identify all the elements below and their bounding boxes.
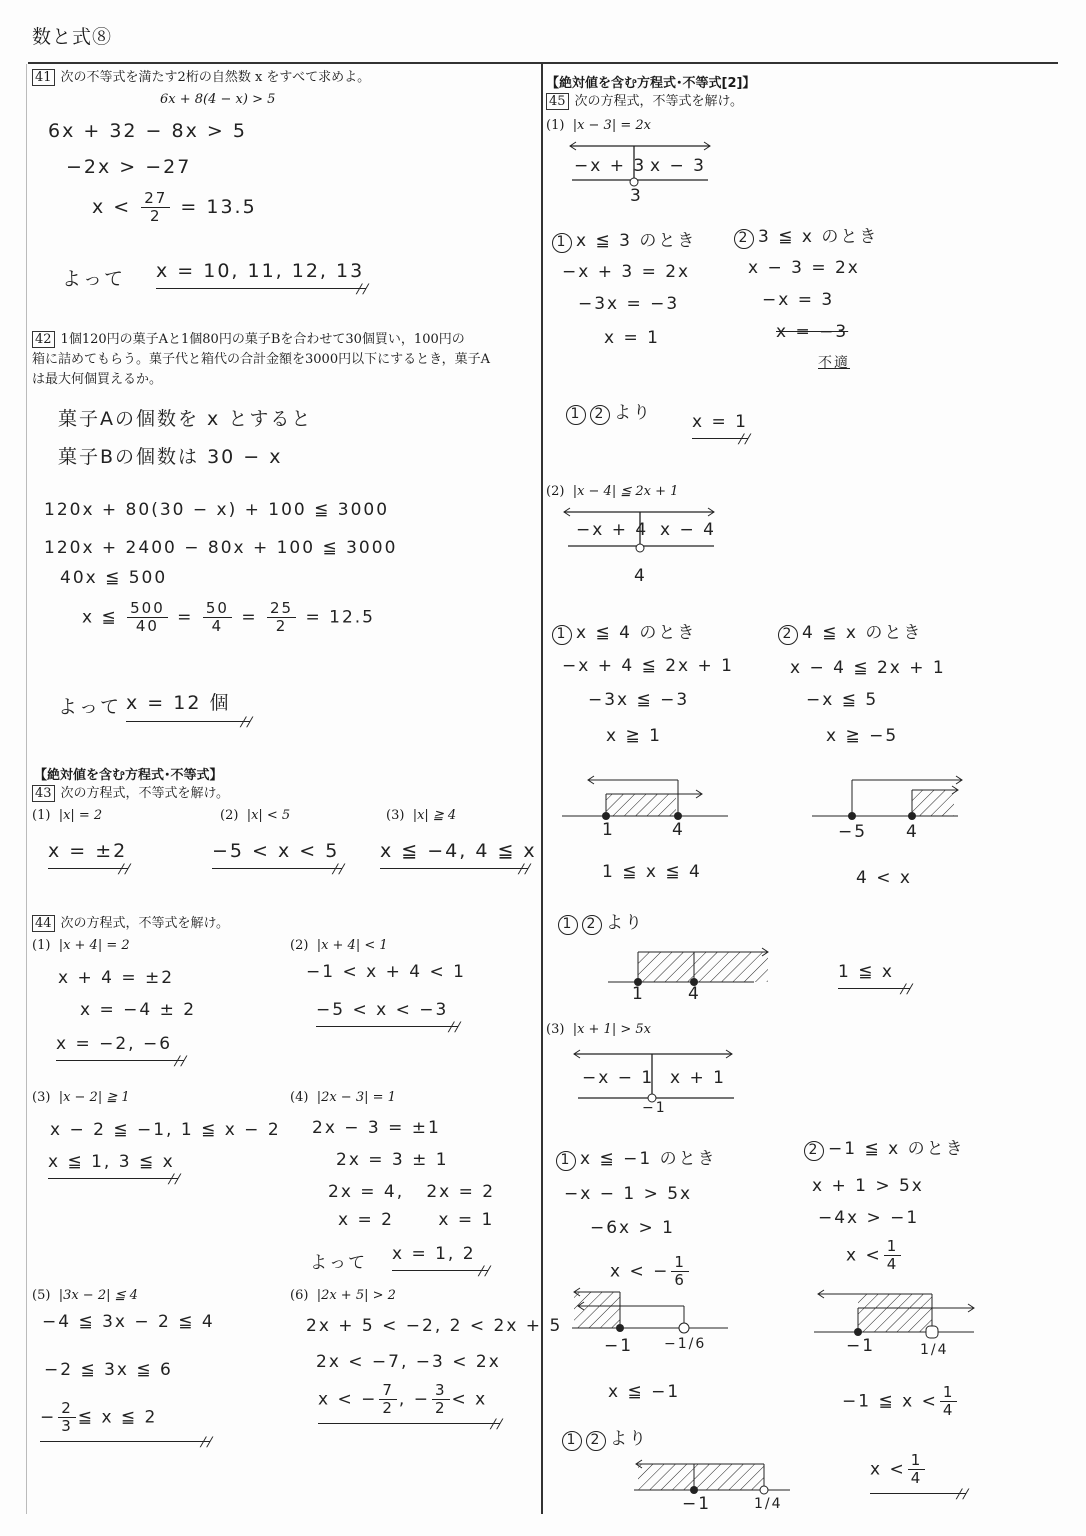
- q44-6-work: 2x < −7, −3 < 2x: [316, 1352, 501, 1372]
- q45-3-case1-work: −6x > 1: [590, 1218, 675, 1238]
- q41-number: 41: [32, 69, 55, 86]
- q44-prompt: 44次の方程式，不等式を解け。: [32, 914, 229, 934]
- q43-answer-1: x = ±2: [48, 840, 128, 869]
- q45-2-case1-work: −3x ≦ −3: [588, 690, 689, 710]
- q45-3-case2-number-line: [814, 1290, 984, 1340]
- q45-3-combined-tick: −1: [682, 1494, 711, 1514]
- q41-prompt: 41次の不等式を満たす2桁の自然数 x をすべて求めよ。: [32, 68, 370, 88]
- q44-6-work: 2x + 5 < −2, 2 < 2x + 5: [306, 1316, 562, 1336]
- q45-2-case1-work: x ≧ 1: [606, 726, 662, 746]
- q43-part-1: (1) |x| = 2: [32, 806, 102, 826]
- left-margin-rule: [26, 64, 27, 1514]
- q44-answer-5: −23≦ x ≦ 2: [40, 1400, 210, 1442]
- q45-2-combine: 12より: [558, 908, 644, 935]
- q45-part-1: (1) |x − 3| = 2x: [546, 116, 651, 136]
- q43-part-2: (2) |x| < 5: [220, 806, 290, 826]
- q44-part-2: (2) |x + 4| < 1: [290, 936, 388, 956]
- q44-1-work: x + 4 = ±2: [58, 968, 174, 988]
- q44-part-5: (5) |3x − 2| ≦ 4: [32, 1286, 138, 1306]
- q45-3-case2-work: x <14: [846, 1238, 903, 1273]
- q45-2-case1-tick: 1: [602, 820, 615, 840]
- q45-2-case2-tick: −5: [838, 822, 867, 842]
- q45-answer-2: 1 ≦ x: [838, 962, 910, 989]
- q45-1-case1-condition: 1x ≦ 3 のとき: [552, 226, 696, 253]
- q45-3-case2-tick: −1: [846, 1336, 875, 1356]
- q45-2-case1-work: −x + 4 ≦ 2x + 1: [562, 656, 734, 676]
- q45-3-case1-tick: −1/6: [664, 1336, 706, 1352]
- q45-2-case1-result: 1 ≦ x ≦ 4: [602, 862, 702, 882]
- page-title: 数と式⑧: [32, 22, 112, 49]
- q44-part-6: (6) |2x + 5| > 2: [290, 1286, 396, 1306]
- q41-expression: 6x + 8(4 − x) > 5: [160, 90, 275, 110]
- column-divider: [541, 64, 543, 1514]
- q42-answer: x = 12 個: [126, 688, 250, 722]
- q41-work-line: −2x > −27: [66, 156, 191, 178]
- q45-2-case1-tick: 4: [672, 820, 685, 840]
- q43-prompt: 43次の方程式，不等式を解け。: [32, 784, 229, 804]
- header-rule: [28, 62, 1058, 64]
- q43-answer-2: −5 < x < 5: [212, 840, 342, 869]
- q45-3-left-expr: −x − 1: [582, 1068, 654, 1088]
- q45-2-combined-number-line: [608, 948, 778, 988]
- q45-prompt: 45次の方程式，不等式を解け。: [546, 92, 743, 112]
- q45-1-right-expr: x − 3: [650, 156, 706, 176]
- q45-1-case2-work: x − 3 = 2x: [748, 258, 860, 278]
- q45-1-left-expr: −x + 3: [574, 156, 646, 176]
- q44-4-work: 2x = 3 ± 1: [336, 1150, 449, 1170]
- q45-2-case2-condition: 24 ≦ x のとき: [778, 618, 922, 645]
- q45-1-invalid-note: 不適: [818, 352, 850, 372]
- q45-3-combined-number-line: [634, 1460, 794, 1496]
- q45-1-case1-work: x = 1: [604, 328, 660, 348]
- q44-answer-6: x < −72, −32< x: [318, 1382, 500, 1424]
- q45-1-case2-work: −x = 3: [762, 290, 834, 310]
- q45-answer-3: x <14: [870, 1452, 966, 1494]
- q44-2-work: −1 < x + 4 < 1: [306, 962, 466, 982]
- q44-answer-2: −5 < x < −3: [316, 1000, 458, 1027]
- q45-2-combined-tick: 1: [632, 984, 645, 1004]
- q43-part-3: (3) |x| ≧ 4: [386, 806, 456, 826]
- q45-2-case2-work: x − 4 ≦ 2x + 1: [790, 658, 946, 678]
- q44-answer-1: x = −2, −6: [56, 1034, 184, 1061]
- section-heading-absolute-value-2: 【絶対値を含む方程式･不等式[2]】: [546, 72, 755, 91]
- q45-2-case2-tick: 4: [906, 822, 919, 842]
- q45-3-case1-number-line: [572, 1288, 732, 1338]
- q45-3-case2-work: x + 1 > 5x: [812, 1176, 924, 1196]
- q44-part-4: (4) |2x − 3| = 1: [290, 1088, 396, 1108]
- q42-prompt: 421個120円の菓子Aと1個80円の菓子Bを合わせて30個買い，100円の 箱…: [32, 330, 537, 390]
- section-heading-absolute-value: 【絶対値を含む方程式･不等式】: [34, 764, 223, 783]
- q45-part-2: (2) |x − 4| ≦ 2x + 1: [546, 482, 678, 502]
- q45-3-case1-work: −x − 1 > 5x: [564, 1184, 692, 1204]
- q41-answer: x = 10, 11, 12, 13: [156, 260, 366, 289]
- q44-answer-3: x ≦ 1, 3 ≦ x: [48, 1152, 178, 1179]
- q45-3-case1-tick: −1: [604, 1336, 633, 1356]
- q45-2-right-expr: x − 4: [660, 520, 716, 540]
- q44-part-3: (3) |x − 2| ≧ 1: [32, 1088, 130, 1108]
- q44-5-work: −2 ≦ 3x ≦ 6: [44, 1360, 173, 1380]
- q44-answer-4: x = 1, 2: [392, 1244, 488, 1271]
- q44-4-work: 2x − 3 = ±1: [312, 1118, 441, 1138]
- q45-3-case1-work: x < −16: [610, 1254, 691, 1289]
- q42-work-line: 菓子Aの個数を x とすると: [58, 404, 312, 431]
- q45-2-boundary-label: 4: [634, 566, 647, 586]
- q45-3-case2-tick: 1/4: [920, 1342, 949, 1358]
- q44-5-work: −4 ≦ 3x − 2 ≦ 4: [42, 1312, 215, 1332]
- q45-1-combine: 12より: [566, 398, 652, 425]
- q42-work-line: 40x ≦ 500: [60, 568, 167, 588]
- q43-number: 43: [32, 785, 55, 802]
- q42-conclusion: よって: [58, 692, 121, 719]
- q42-frac-line: x ≦ 50040 = 504 = 252 = 12.5: [82, 600, 375, 635]
- q45-2-left-expr: −x + 4: [576, 520, 648, 540]
- q44-1-work: x = −4 ± 2: [80, 1000, 196, 1020]
- q44-4-conclusion: よって: [310, 1248, 367, 1273]
- q45-2-case2-result: 4 < x: [856, 868, 912, 888]
- q44-part-1: (1) |x + 4| = 2: [32, 936, 130, 956]
- q44-4-work: x = 2 x = 1: [338, 1210, 494, 1230]
- q45-2-case2-work: x ≧ −5: [826, 726, 898, 746]
- q42-number: 42: [32, 331, 55, 348]
- q45-3-combine: 12より: [562, 1424, 648, 1451]
- q45-3-right-expr: x + 1: [670, 1068, 726, 1088]
- q41-work-line: 6x + 32 − 8x > 5: [48, 120, 247, 142]
- q42-work-line: 120x + 2400 − 80x + 100 ≦ 3000: [44, 538, 397, 558]
- q41-conclusion: よって: [62, 264, 125, 291]
- q45-2-case1-number-line: [562, 776, 732, 826]
- q45-part-3: (3) |x + 1| > 5x: [546, 1020, 651, 1040]
- q45-3-combined-tick: 1/4: [754, 1496, 783, 1512]
- q45-2-combined-tick: 4: [688, 984, 701, 1004]
- q45-3-boundary-label: −1: [642, 1100, 667, 1116]
- q45-1-case2-condition: 23 ≦ x のとき: [734, 222, 878, 249]
- q42-work-line: 120x + 80(30 − x) + 100 ≦ 3000: [44, 500, 389, 520]
- q45-3-case1-result: x ≦ −1: [608, 1382, 680, 1402]
- q45-3-case2-condition: 2−1 ≦ x のとき: [804, 1134, 965, 1161]
- q45-answer-1: x = 1: [692, 412, 748, 439]
- q41-work-line: x < 272 = 13.5: [92, 190, 257, 225]
- q42-work-line: 菓子Bの個数は 30 − x: [58, 442, 283, 469]
- q45-2-case1-condition: 1x ≦ 4 のとき: [552, 618, 696, 645]
- q45-1-case2-work-struck: x = −3: [776, 322, 848, 342]
- q45-1-boundary-label: 3: [630, 186, 643, 206]
- q45-number: 45: [546, 93, 569, 110]
- q45-1-case1-work: −x + 3 = 2x: [562, 262, 690, 282]
- q45-3-case2-result: −1 ≦ x <14: [842, 1384, 959, 1419]
- q45-2-case2-number-line: [812, 776, 972, 826]
- q45-1-case1-work: −3x = −3: [578, 294, 679, 314]
- q44-3-work: x − 2 ≦ −1, 1 ≦ x − 2: [50, 1120, 281, 1140]
- q44-4-work: 2x = 4, 2x = 2: [328, 1182, 495, 1202]
- q44-number: 44: [32, 915, 55, 932]
- q43-answer-3: x ≦ −4, 4 ≦ x: [380, 840, 528, 869]
- q45-3-case2-work: −4x > −1: [818, 1208, 919, 1228]
- q45-2-case2-work: −x ≦ 5: [806, 690, 878, 710]
- q45-3-case1-condition: 1x ≦ −1 のとき: [556, 1144, 717, 1171]
